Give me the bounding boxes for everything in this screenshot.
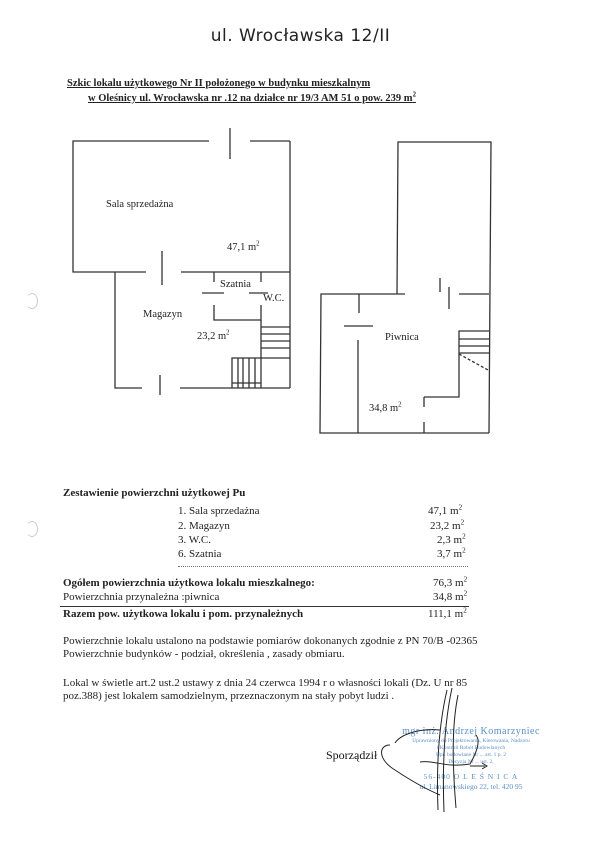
handwritten-signature [0, 0, 601, 850]
